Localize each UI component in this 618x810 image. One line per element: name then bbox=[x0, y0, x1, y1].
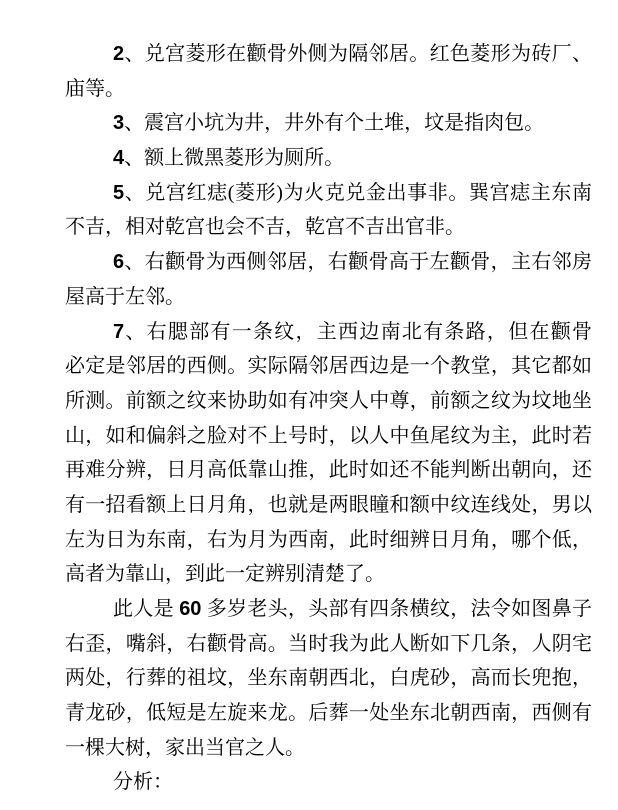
text-line: 山，如和偏斜之脸对不上号时，以人中鱼尾纹为主，此时若 bbox=[65, 419, 592, 454]
text-line: 分析： bbox=[65, 765, 592, 800]
text-line: 此人是 60 多岁老头，头部有四条横纹，法令如图鼻子 bbox=[65, 592, 592, 627]
paragraph: 3、震宫小坑为井，井外有个土堆，坟是指肉包。 bbox=[65, 106, 592, 141]
paragraph: 7、右腮部有一条纹，主西边南北有条路，但在颧骨外，必定是邻居的西侧。实际隔邻居西… bbox=[65, 315, 592, 593]
text-line: 屋高于左邻。 bbox=[65, 280, 592, 315]
document-body: 2、兑宫菱形在颧骨外侧为隔邻居。红色菱形为砖厂、庙等。3、震宫小坑为井，井外有个… bbox=[65, 37, 592, 800]
text-line: 高者为靠山，到此一定辨别清楚了。 bbox=[65, 557, 592, 592]
text-line: 2、兑宫菱形在颧骨外侧为隔邻居。红色菱形为砖厂、 bbox=[65, 37, 592, 72]
text-line: 5、兑宫红痣(菱形)为火克兑金出事非。巽宫痣主东南方 bbox=[65, 176, 592, 211]
text-line: 4、额上微黑菱形为厕所。 bbox=[65, 141, 592, 176]
text-line: 右歪，嘴斜，右颧骨高。当时我为此人断如下几条，人阴宅 bbox=[65, 627, 592, 662]
text-line: 所测。前额之纹来协助如有冲突人中尊，前额之纹为坟地坐 bbox=[65, 384, 592, 419]
document-page: 2、兑宫菱形在颧骨外侧为隔邻居。红色菱形为砖厂、庙等。3、震宫小坑为井，井外有个… bbox=[0, 0, 618, 810]
text-line: 有一招看额上日月角，也就是两眼瞳和额中纹连线处，男以 bbox=[65, 488, 592, 523]
text-line: 两处，行葬的祖坟，坐东南朝西北，白虎砂，高而长兜抱， bbox=[65, 661, 592, 696]
text-line: 6、右颧骨为西侧邻居，右颧骨高于左颧骨，主右邻房 bbox=[65, 245, 592, 280]
text-line: 青龙砂，低短是左旋来龙。后葬一处坐东北朝西南，西侧有 bbox=[65, 696, 592, 731]
text-line: 再难分辨，日月高低靠山推，此时如还不能判断出朝向，还 bbox=[65, 453, 592, 488]
paragraph: 此人是 60 多岁老头，头部有四条横纹，法令如图鼻子右歪，嘴斜，右颧骨高。当时我… bbox=[65, 592, 592, 765]
paragraph: 6、右颧骨为西侧邻居，右颧骨高于左颧骨，主右邻房屋高于左邻。 bbox=[65, 245, 592, 314]
text-line: 左为日为东南，右为月为西南，此时细辨日月角，哪个低， bbox=[65, 523, 592, 558]
text-line: 7、右腮部有一条纹，主西边南北有条路，但在颧骨外， bbox=[65, 315, 592, 350]
paragraph: 4、额上微黑菱形为厕所。 bbox=[65, 141, 592, 176]
paragraph: 分析： bbox=[65, 765, 592, 800]
paragraph: 2、兑宫菱形在颧骨外侧为隔邻居。红色菱形为砖厂、庙等。 bbox=[65, 37, 592, 106]
text-line: 一棵大树，家出当官之人。 bbox=[65, 731, 592, 766]
text-line: 庙等。 bbox=[65, 72, 592, 107]
text-line: 必定是邻居的西侧。实际隔邻居西边是一个教堂，其它都如 bbox=[65, 349, 592, 384]
text-line: 不吉，相对乾宫也会不吉，乾宫不吉出官非。 bbox=[65, 210, 592, 245]
paragraph: 5、兑宫红痣(菱形)为火克兑金出事非。巽宫痣主东南方不吉，相对乾宫也会不吉，乾宫… bbox=[65, 176, 592, 245]
text-line: 3、震宫小坑为井，井外有个土堆，坟是指肉包。 bbox=[65, 106, 592, 141]
